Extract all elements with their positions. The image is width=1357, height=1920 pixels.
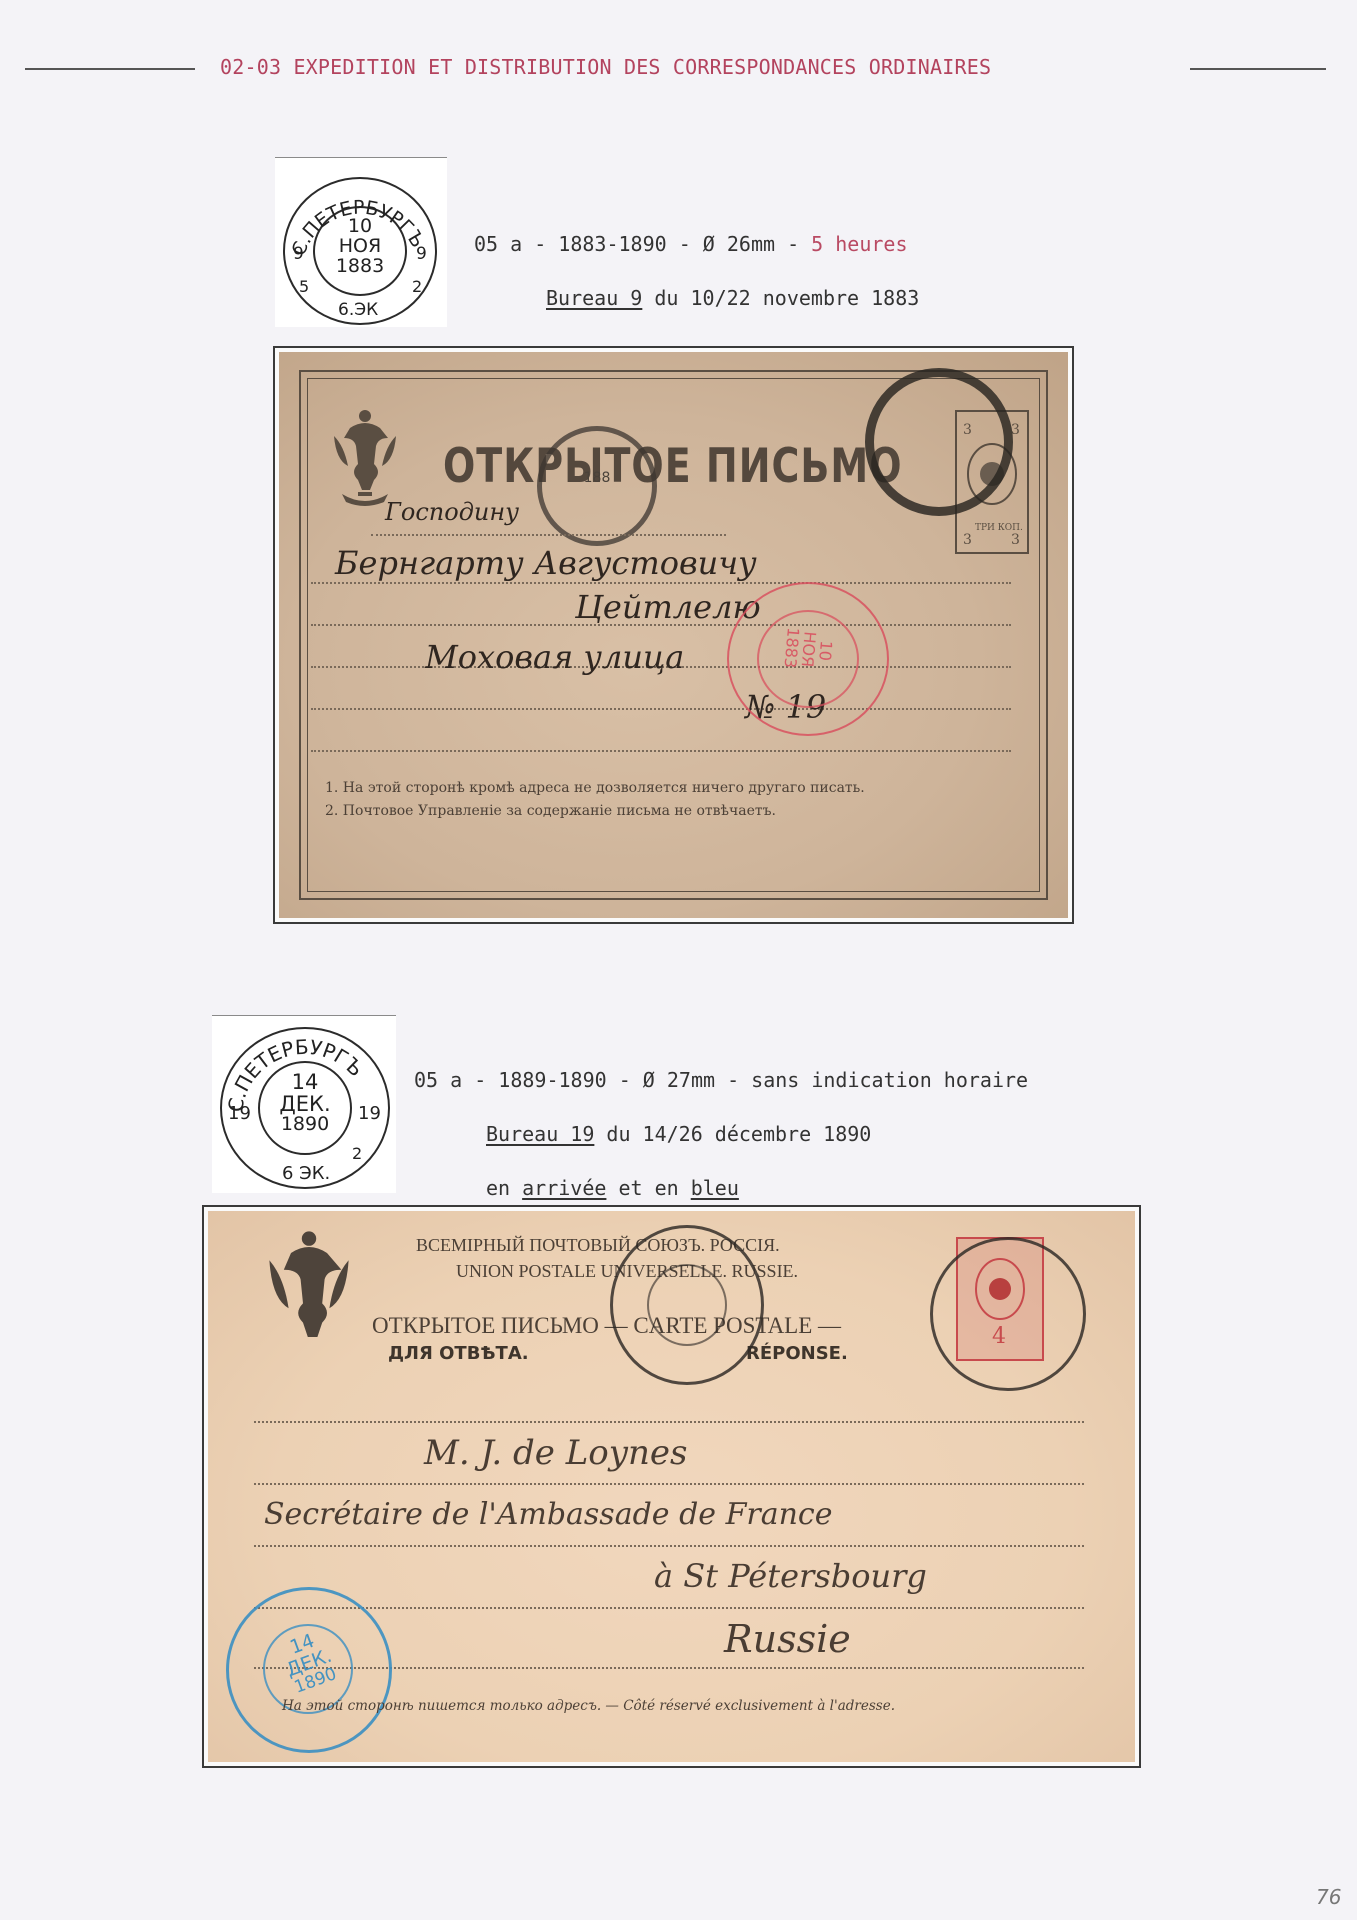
address-handwriting-1: M. J. de Loynes bbox=[424, 1433, 687, 1473]
address-handwriting-4: Russie bbox=[724, 1617, 851, 1661]
page-number: 76 bbox=[1316, 1885, 1341, 1909]
svg-text:5: 5 bbox=[299, 277, 309, 296]
address-handwriting-3: à St Pétersbourg bbox=[654, 1557, 927, 1595]
black-cancel-large bbox=[865, 368, 1013, 516]
address-line bbox=[371, 534, 726, 536]
address-line bbox=[254, 1607, 1084, 1609]
page-title: 02-03 EXPEDITION ET DISTRIBUTION DES COR… bbox=[220, 55, 1160, 79]
postmark-drawing: С.ПЕТЕРБУРГЪ 9 9 5 2 6.ЭК 10 НОЯ 1883 bbox=[283, 177, 437, 325]
postmark-date: 10 НОЯ 1883 bbox=[285, 217, 435, 277]
desc2-line1: 05 a - 1889-1890 - Ø 27mm - sans indicat… bbox=[414, 1067, 1028, 1094]
desc1-line2: Bureau 9 du 10/22 novembre 1883 bbox=[474, 285, 975, 312]
postmark-year: 1883 bbox=[285, 257, 435, 277]
reply-postcard-1890: ВСЕМІРНЫЙ ПОЧТОВЫЙ СОЮЗЪ. РОССІЯ. UNION … bbox=[202, 1205, 1141, 1768]
card-subtitle-ru: ДЛЯ ОТВѢТА. bbox=[388, 1343, 529, 1364]
address-handwriting-3: Цейтлелю bbox=[575, 588, 761, 626]
red-cancel-date: 10 НОЯ 1883 bbox=[776, 568, 840, 730]
address-line bbox=[254, 1545, 1084, 1547]
svg-text:3: 3 bbox=[963, 532, 972, 548]
black-cancel-transit: 188 bbox=[537, 426, 657, 546]
address-line bbox=[311, 582, 1011, 584]
card-subtitle-fr: RÉPONSE. bbox=[746, 1343, 848, 1364]
svg-text:2: 2 bbox=[352, 1144, 362, 1163]
imperial-eagle-icon bbox=[254, 1229, 364, 1349]
card-note-2: 2. Почтовое Управленіе за содержаніе пис… bbox=[325, 803, 776, 819]
svg-text:2: 2 bbox=[412, 277, 422, 296]
address-handwriting-2: Бернгарту Августовичу bbox=[335, 544, 757, 582]
card-title-line: ОТКРЫТОЕ ПИСЬМО — CARTE POSTALE — bbox=[372, 1313, 841, 1339]
postmark-date: 14 ДЕК. 1890 bbox=[222, 1071, 388, 1135]
address-handwriting-1: Господину bbox=[385, 498, 519, 526]
paris-cancel-1 bbox=[610, 1225, 764, 1385]
card-footer-note: На этой сторонѣ пишется только адресъ. —… bbox=[282, 1698, 895, 1714]
address-line bbox=[311, 708, 1011, 710]
svg-text:3: 3 bbox=[1011, 532, 1020, 548]
address-line bbox=[254, 1421, 1084, 1423]
reference-postmark-1: С.ПЕТЕРБУРГЪ 9 9 5 2 6.ЭК 10 НОЯ 1883 bbox=[275, 157, 447, 327]
address-line bbox=[254, 1483, 1084, 1485]
postmark-day: 14 bbox=[222, 1071, 388, 1093]
card-note-1: 1. На этой сторонѣ кромѣ адреса не дозво… bbox=[325, 780, 865, 796]
postmark-year: 1890 bbox=[222, 1115, 388, 1135]
refbox-top-rule bbox=[212, 1015, 396, 1016]
svg-text:ТРИ КОП.: ТРИ КОП. bbox=[975, 523, 1023, 533]
header-rule-right bbox=[1190, 68, 1326, 70]
header-rule-left bbox=[25, 68, 195, 70]
desc1-line1: 05 a - 1883-1890 - Ø 26mm - 5 heures bbox=[474, 231, 975, 258]
card-title: ОТКРЫТОЕ ПИСЬМО bbox=[443, 438, 903, 493]
red-transit-cancel: 10 НОЯ 1883 bbox=[727, 582, 889, 736]
refbox-top-rule bbox=[275, 157, 447, 158]
paris-cancel-1-inner bbox=[647, 1264, 727, 1346]
paris-cancel-2 bbox=[930, 1237, 1086, 1391]
address-handwriting-4: Моховая улица bbox=[425, 638, 684, 676]
desc2-line2: Bureau 19 du 14/26 décembre 1890 bbox=[414, 1121, 1028, 1148]
address-handwriting-2: Secrétaire de l'Ambassade de France bbox=[264, 1497, 833, 1532]
blue-arrival-cancel: 14 ДЕК. 1890 bbox=[226, 1587, 392, 1753]
postmark-month: ДЕК. bbox=[222, 1093, 388, 1115]
imperial-eagle-icon bbox=[330, 406, 400, 506]
address-line bbox=[311, 750, 1011, 752]
postmark-month: НОЯ bbox=[285, 237, 435, 257]
postmark-day: 10 bbox=[285, 217, 435, 237]
svg-text:6.ЭК: 6.ЭК bbox=[338, 300, 378, 320]
reference-postmark-2: С.ПЕТЕРБУРГЪ 19 19 6 ЭК. 2 14 ДЕК. 1890 bbox=[212, 1015, 396, 1193]
black-cancel-year: 188 bbox=[542, 471, 652, 486]
desc2-line3: en arrivée et en bleu bbox=[414, 1175, 1028, 1202]
postcard-1883: ОТКРЫТОЕ ПИСЬМО 3 3 3 3 ТРИ КОП. 188 Гос… bbox=[273, 346, 1074, 924]
postmark-drawing: С.ПЕТЕРБУРГЪ 19 19 6 ЭК. 2 14 ДЕК. 1890 bbox=[220, 1027, 390, 1189]
svg-text:6 ЭК.: 6 ЭК. bbox=[282, 1163, 330, 1184]
